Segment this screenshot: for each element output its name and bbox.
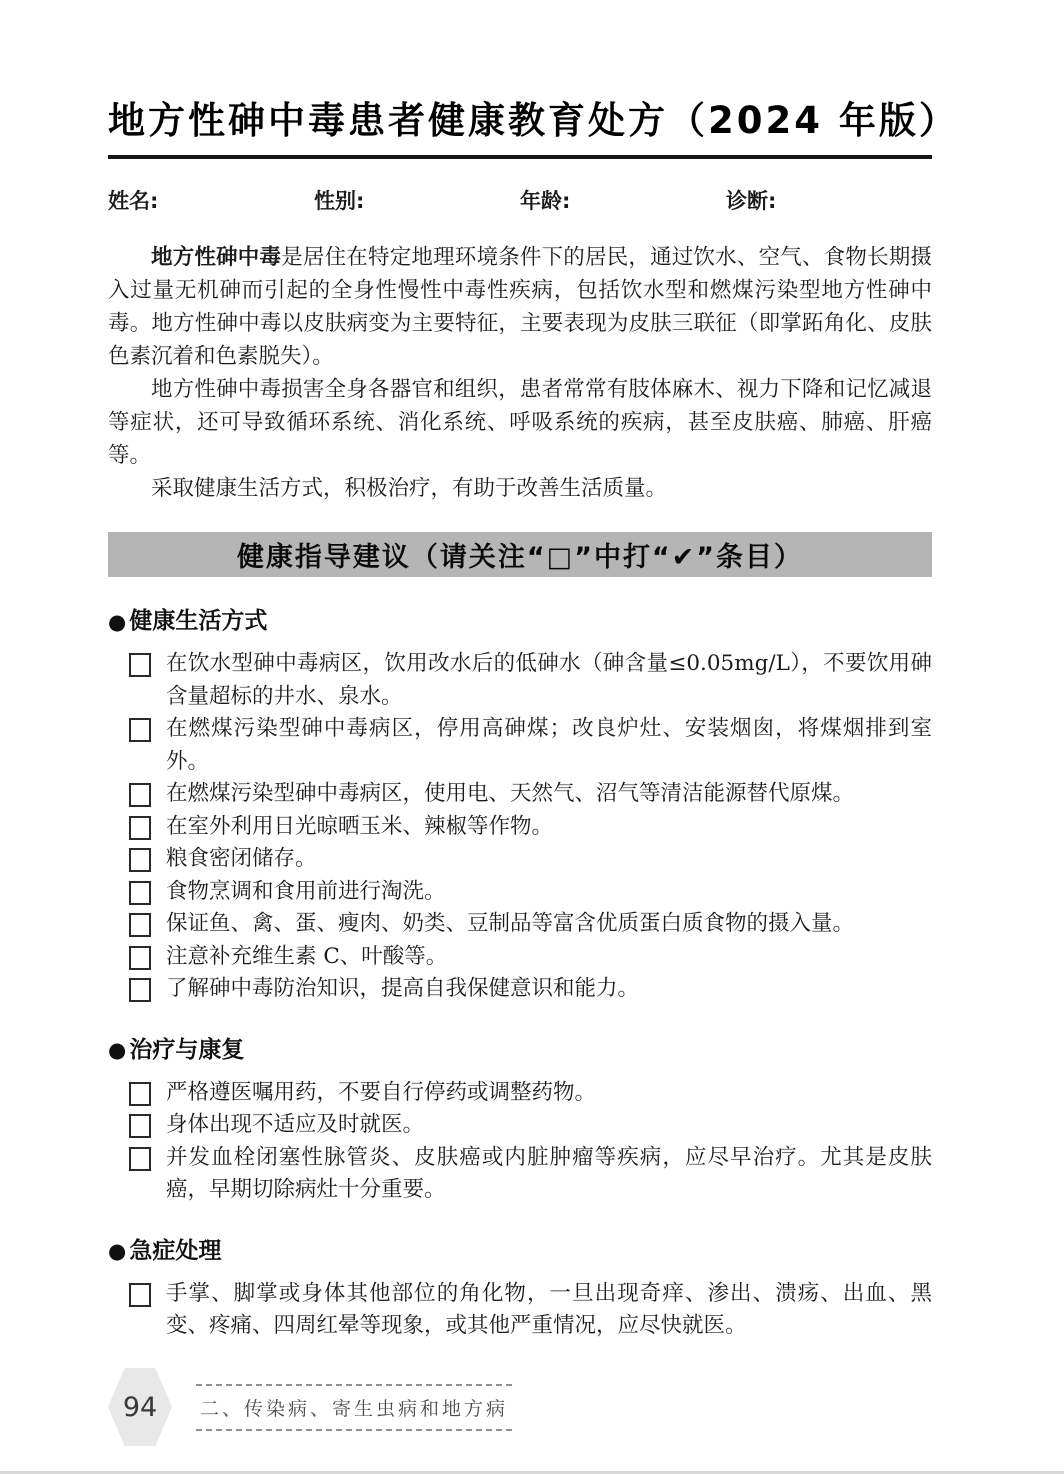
intro-paragraph-3: 采取健康生活方式，积极治疗，有助于改善生活质量。 (108, 472, 932, 505)
field-age: 年龄: (520, 182, 726, 215)
field-diagnosis-blank[interactable] (776, 182, 932, 208)
check-item-text: 身体出现不适应及时就医。 (166, 1109, 932, 1142)
checkbox[interactable] (129, 816, 151, 840)
check-item: 在室外利用日光晾晒玉米、辣椒等作物。 (108, 811, 932, 844)
checkbox[interactable] (129, 1283, 151, 1307)
checkbox[interactable] (129, 848, 151, 872)
check-item-text: 粮食密闭储存。 (166, 843, 932, 876)
checkbox[interactable] (129, 913, 151, 937)
title-divider (108, 155, 932, 159)
check-item: 在燃煤污染型砷中毒病区，使用电、天然气、沼气等清洁能源替代原煤。 (108, 778, 932, 811)
page-content: 地方性砷中毒患者健康教育处方（2024 年版） 姓名: 性别: 年龄: 诊断: … (108, 0, 932, 1343)
check-item-text: 在燃煤污染型砷中毒病区，使用电、天然气、沼气等清洁能源替代原煤。 (166, 778, 932, 811)
section-heading-label: 健康生活方式 (129, 607, 267, 635)
check-item-text: 在饮水型砷中毒病区，饮用改水后的低砷水（砷含量≤0.05mg/L），不要饮用砷含… (166, 648, 932, 713)
page-footer: 94 二、传染病、寄生虫病和地方病 (108, 1368, 512, 1446)
checkbox[interactable] (129, 653, 151, 677)
check-item-text: 手掌、脚掌或身体其他部位的角化物，一旦出现奇痒、渗出、溃疡、出血、黑变、疼痛、四… (166, 1278, 932, 1343)
check-item: 在燃煤污染型砷中毒病区，停用高砷煤；改良炉灶、安装烟囱，将煤烟排到室外。 (108, 713, 932, 778)
check-item-text: 并发血栓闭塞性脉管炎、皮肤癌或内脏肿瘤等疾病，应尽早治疗。尤其是皮肤癌，早期切除… (166, 1142, 932, 1207)
scanned-document-page: { "colors": { "banner_bg": "#b5b5b5", "f… (0, 0, 1064, 1474)
check-item: 食物烹调和食用前进行淘洗。 (108, 876, 932, 909)
check-item-text: 在室外利用日光晾晒玉米、辣椒等作物。 (166, 811, 932, 844)
check-item-text: 了解砷中毒防治知识，提高自我保健意识和能力。 (166, 973, 932, 1006)
section-bullet-icon: ● (108, 1240, 126, 1261)
section-heading-healthy-lifestyle: ● 健康生活方式 (108, 607, 932, 635)
check-item: 粮食密闭储存。 (108, 843, 932, 876)
section-heading-label: 急症处理 (129, 1237, 221, 1265)
checklist-emergency: 手掌、脚掌或身体其他部位的角化物，一旦出现奇痒、渗出、溃疡、出血、黑变、疼痛、四… (108, 1278, 932, 1343)
check-item: 身体出现不适应及时就医。 (108, 1109, 932, 1142)
checkbox[interactable] (129, 946, 151, 970)
section-bullet-icon: ● (108, 611, 126, 632)
checkbox[interactable] (129, 978, 151, 1002)
check-item: 严格遵医嘱用药，不要自行停药或调整药物。 (108, 1077, 932, 1110)
checkbox[interactable] (129, 1114, 151, 1138)
check-item: 注意补充维生素 C、叶酸等。 (108, 941, 932, 974)
section-heading-label: 治疗与康复 (129, 1036, 244, 1064)
checklist-treatment-recovery: 严格遵医嘱用药，不要自行停药或调整药物。 身体出现不适应及时就医。 并发血栓闭塞… (108, 1077, 932, 1207)
section-bullet-icon: ● (108, 1039, 126, 1060)
field-sex: 性别: (314, 182, 520, 215)
checkbox[interactable] (129, 783, 151, 807)
check-item: 手掌、脚掌或身体其他部位的角化物，一旦出现奇痒、渗出、溃疡、出血、黑变、疼痛、四… (108, 1278, 932, 1343)
intro-paragraph-2: 地方性砷中毒损害全身各器官和组织，患者常常有肢体麻木、视力下降和记忆减退等症状，… (108, 373, 932, 472)
document-title: 地方性砷中毒患者健康教育处方（2024 年版） (108, 98, 932, 144)
check-item-text: 在燃煤污染型砷中毒病区，停用高砷煤；改良炉灶、安装烟囱，将煤烟排到室外。 (166, 713, 932, 778)
section-heading-treatment-recovery: ● 治疗与康复 (108, 1036, 932, 1064)
field-age-label: 年龄: (520, 185, 570, 215)
page-number: 94 (123, 1392, 157, 1423)
patient-info-row: 姓名: 性别: 年龄: 诊断: (108, 182, 932, 215)
checkbox[interactable] (129, 1147, 151, 1171)
intro-paragraphs: 地方性砷中毒是居住在特定地理环境条件下的居民，通过饮水、空气、食物长期摄入过量无… (108, 241, 932, 505)
field-diagnosis-label: 诊断: (726, 185, 776, 215)
field-diagnosis: 诊断: (726, 182, 932, 215)
checkbox[interactable] (129, 718, 151, 742)
check-item-text: 保证鱼、禽、蛋、瘦肉、奶类、豆制品等富含优质蛋白质食物的摄入量。 (166, 908, 932, 941)
field-sex-label: 性别: (314, 185, 364, 215)
check-item-text: 严格遵医嘱用药，不要自行停药或调整药物。 (166, 1077, 932, 1110)
page-number-hexagon: 94 (108, 1368, 172, 1446)
check-item: 保证鱼、禽、蛋、瘦肉、奶类、豆制品等富含优质蛋白质食物的摄入量。 (108, 908, 932, 941)
field-sex-blank[interactable] (364, 182, 520, 208)
check-item: 了解砷中毒防治知识，提高自我保健意识和能力。 (108, 973, 932, 1006)
check-item-text: 食物烹调和食用前进行淘洗。 (166, 876, 932, 909)
check-item-text: 注意补充维生素 C、叶酸等。 (166, 941, 932, 974)
check-item: 在饮水型砷中毒病区，饮用改水后的低砷水（砷含量≤0.05mg/L），不要饮用砷含… (108, 648, 932, 713)
checkbox[interactable] (129, 1082, 151, 1106)
field-name-blank[interactable] (158, 182, 314, 208)
intro-lead-term: 地方性砷中毒 (151, 245, 281, 270)
field-name: 姓名: (108, 182, 314, 215)
check-item: 并发血栓闭塞性脉管炎、皮肤癌或内脏肿瘤等疾病，应尽早治疗。尤其是皮肤癌，早期切除… (108, 1142, 932, 1207)
checklist-healthy-lifestyle: 在饮水型砷中毒病区，饮用改水后的低砷水（砷含量≤0.05mg/L），不要饮用砷含… (108, 648, 932, 1006)
guidance-banner: 健康指导建议（请关注“□”中打“✔”条目） (108, 532, 932, 577)
field-name-label: 姓名: (108, 185, 158, 215)
field-age-blank[interactable] (570, 182, 726, 208)
intro-paragraph-1: 地方性砷中毒是居住在特定地理环境条件下的居民，通过饮水、空气、食物长期摄入过量无… (108, 241, 932, 373)
section-heading-emergency: ● 急症处理 (108, 1237, 932, 1265)
checkbox[interactable] (129, 881, 151, 905)
chapter-title: 二、传染病、寄生虫病和地方病 (196, 1384, 512, 1431)
